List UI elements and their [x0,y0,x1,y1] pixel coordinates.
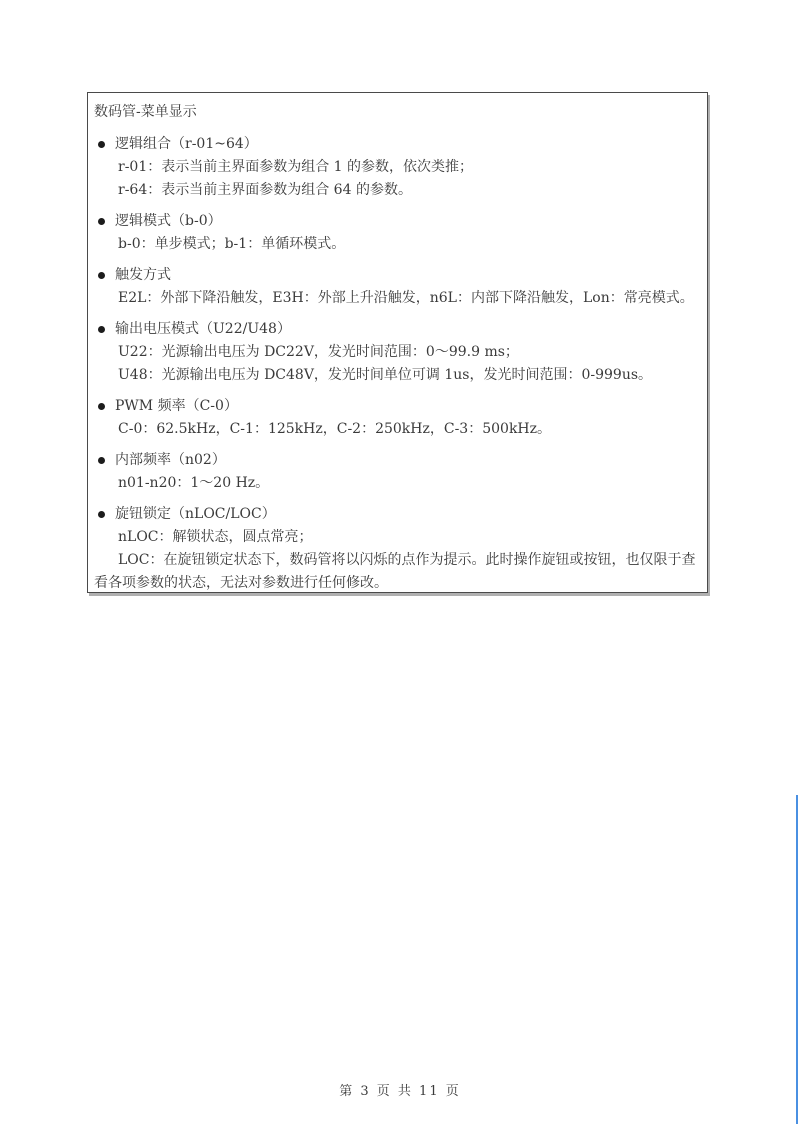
page-footer: 第 3 页 共 11 页 [0,1080,800,1099]
section-heading: 逻辑模式（b-0） [94,210,701,233]
bullet-icon [98,457,105,464]
parameter-section: 输出电压模式（U22/U48）U22：光源输出电压为 DC22V，发光时间范围：… [94,318,701,387]
bullet-icon [98,272,105,279]
parameter-section: PWM 频率（C-0）C-0：62.5kHz，C-1：125kHz，C-2：25… [94,395,701,441]
section-heading: 逻辑组合（r-01~64） [94,133,701,156]
bullet-icon [98,141,105,148]
parameter-section: 旋钮锁定（nLOC/LOC）nLOC：解锁状态，圆点常亮；LOC：在旋钮锁定状态… [94,503,701,595]
section-heading: PWM 频率（C-0） [94,395,701,418]
page-edge-accent-line [796,795,798,1124]
bullet-icon [98,218,105,225]
section-line: r-64：表示当前主界面参数为组合 64 的参数。 [94,179,701,202]
section-line: 看各项参数的状态，无法对参数进行任何修改。 [94,572,701,595]
section-line: b-0：单步模式；b-1：单循环模式。 [94,233,701,256]
section-heading: 触发方式 [94,264,701,287]
section-line: U22：光源输出电压为 DC22V，发光时间范围：0～99.9 ms； [94,341,701,364]
panel-title: 数码管-菜单显示 [94,101,701,123]
section-heading-text: 内部频率（n02） [115,452,226,468]
parameter-section: 逻辑组合（r-01~64）r-01：表示当前主界面参数为组合 1 的参数，依次类… [94,133,701,202]
section-heading: 旋钮锁定（nLOC/LOC） [94,503,701,526]
section-heading-text: 逻辑组合（r-01~64） [115,136,258,152]
menu-display-panel: 数码管-菜单显示 逻辑组合（r-01~64）r-01：表示当前主界面参数为组合 … [87,92,708,593]
section-line: U48：光源输出电压为 DC48V，发光时间单位可调 1us，发光时间范围：0-… [94,364,701,387]
bullet-icon [98,403,105,410]
section-line: n01-n20：1～20 Hz。 [94,472,701,495]
section-heading-text: 逻辑模式（b-0） [115,213,222,229]
section-heading-text: 输出电压模式（U22/U48） [115,321,291,337]
page-number-text: 第 3 页 共 11 页 [339,1084,460,1099]
section-line: LOC：在旋钮锁定状态下，数码管将以闪烁的点作为提示。此时操作旋钮或按钮，也仅限… [94,549,701,572]
section-heading-text: 触发方式 [115,267,171,283]
section-heading-text: 旋钮锁定（nLOC/LOC） [115,506,276,522]
parameter-section: 逻辑模式（b-0）b-0：单步模式；b-1：单循环模式。 [94,210,701,256]
section-line: C-0：62.5kHz，C-1：125kHz，C-2：250kHz，C-3：50… [94,418,701,441]
section-line: r-01：表示当前主界面参数为组合 1 的参数，依次类推； [94,156,701,179]
sections: 逻辑组合（r-01~64）r-01：表示当前主界面参数为组合 1 的参数，依次类… [94,133,701,595]
parameter-section: 触发方式E2L：外部下降沿触发，E3H：外部上升沿触发，n6L：内部下降沿触发，… [94,264,701,310]
section-heading-text: PWM 频率（C-0） [115,398,238,414]
section-line: nLOC：解锁状态，圆点常亮； [94,526,701,549]
section-heading: 输出电压模式（U22/U48） [94,318,701,341]
section-heading: 内部频率（n02） [94,449,701,472]
bullet-icon [98,326,105,333]
section-line: E2L：外部下降沿触发，E3H：外部上升沿触发，n6L：内部下降沿触发，Lon：… [94,287,701,310]
parameter-section: 内部频率（n02）n01-n20：1～20 Hz。 [94,449,701,495]
bullet-icon [98,511,105,518]
